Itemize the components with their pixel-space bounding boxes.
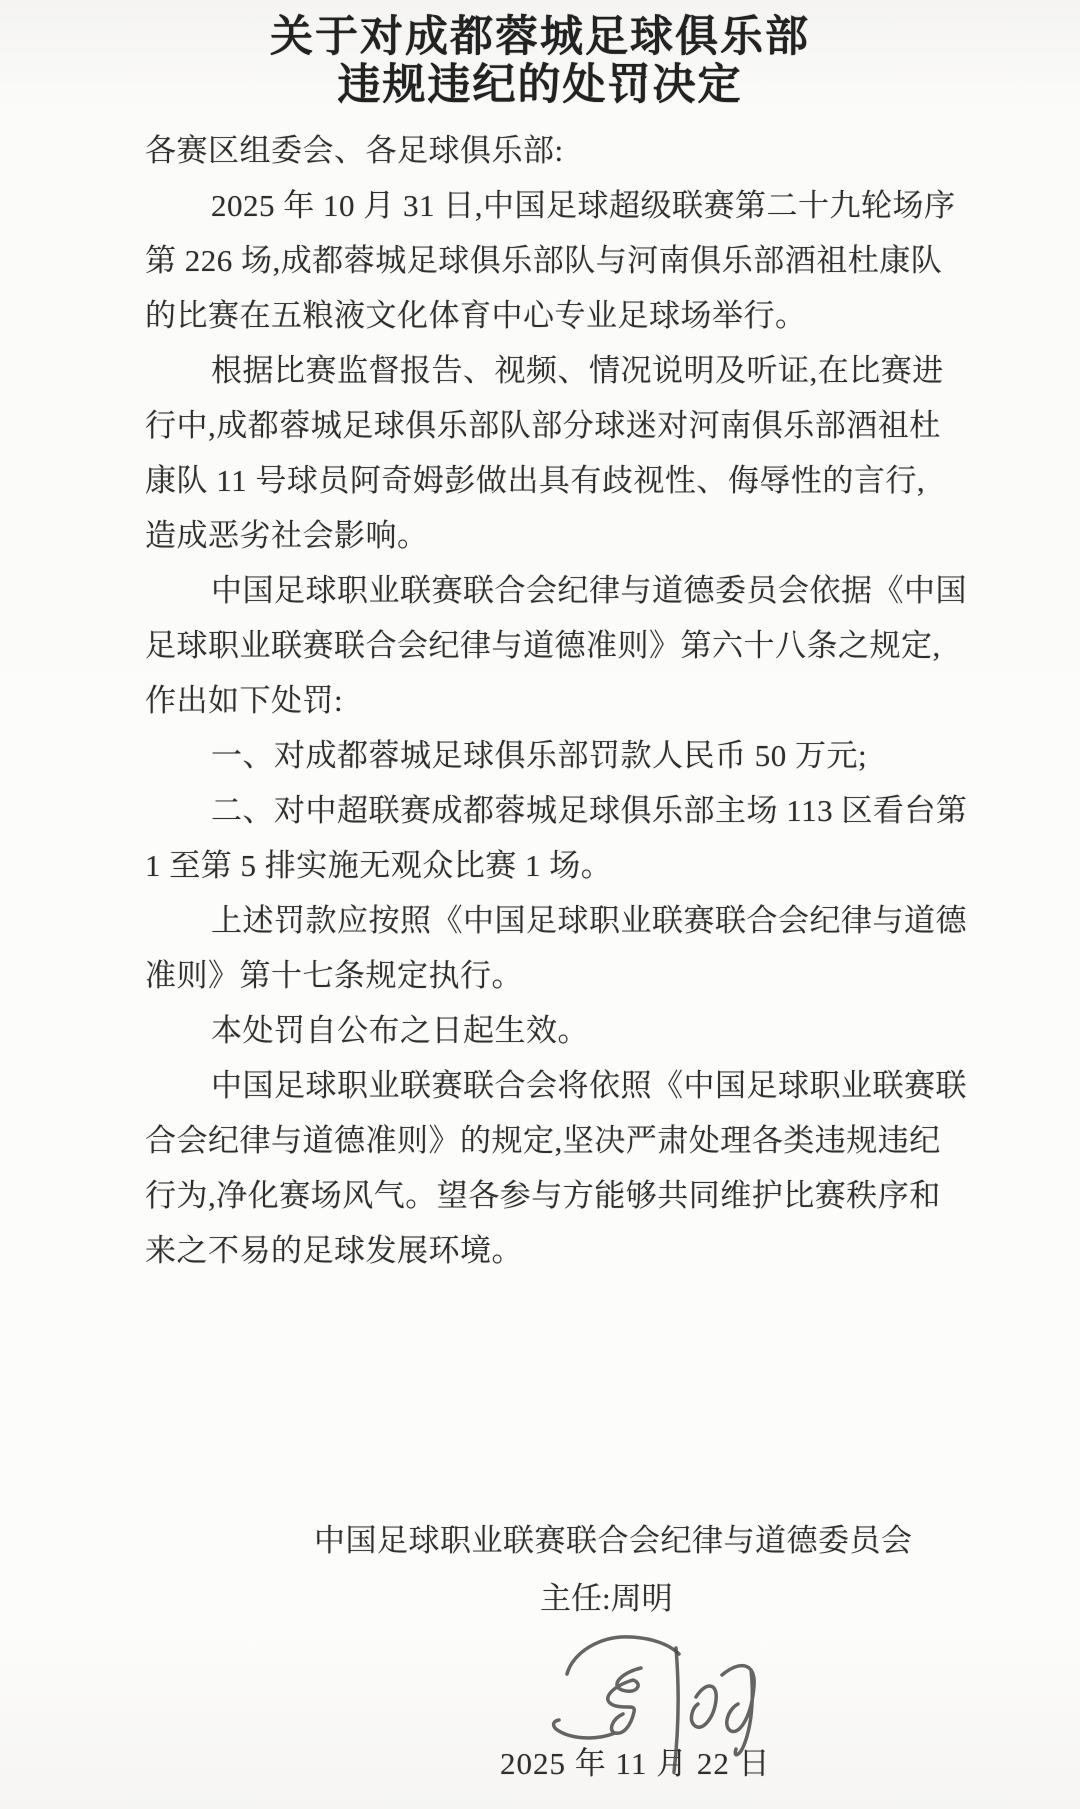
document-title-line: 关于对成都蓉城足球俱乐部 — [0, 14, 1080, 62]
footer-committee-line: 中国足球职业联赛联合会纪律与道德委员会 — [314, 1518, 913, 1564]
document-line: 来之不易的足球发展环境。 — [145, 1223, 945, 1278]
document-line: 的比赛在五粮液文化体育中心专业足球场举行。 — [145, 288, 945, 343]
document-line: 合会纪律与道德准则》的规定,坚决严肃处理各类违规违纪 — [145, 1113, 945, 1168]
document-line: 准则》第十七条规定执行。 — [145, 948, 945, 1003]
penalty-item-1-line: 一、对成都蓉城足球俱乐部罚款人民币 50 万元; — [145, 728, 945, 783]
document-line: 上述罚款应按照《中国足球职业联赛联合会纪律与道德 — [145, 893, 945, 948]
document-line: 足球职业联赛联合会纪律与道德准则》第六十八条之规定, — [145, 618, 945, 673]
document-line: 中国足球职业联赛联合会纪律与道德委员会依据《中国 — [145, 563, 945, 618]
penalty-item-2-line: 二、对中超联赛成都蓉城足球俱乐部主场 113 区看台第 — [145, 783, 945, 838]
document-line: 2025 年 10 月 31 日,中国足球超级联赛第二十九轮场序 — [145, 178, 945, 233]
document-page: 关于对成都蓉城足球俱乐部 违规违纪的处罚决定 各赛区组委会、各足球俱乐部: 20… — [0, 0, 1080, 1809]
document-line: 1 至第 5 排实施无观众比赛 1 场。 — [145, 838, 945, 893]
document-body: 各赛区组委会、各足球俱乐部: 2025 年 10 月 31 日,中国足球超级联赛… — [145, 123, 945, 1278]
document-title-line: 违规违纪的处罚决定 — [0, 62, 1080, 110]
document-line: 康队 11 号球员阿奇姆彭做出具有歧视性、侮辱性的言行, — [145, 453, 945, 508]
document-line: 中国足球职业联赛联合会将依照《中国足球职业联赛联 — [145, 1058, 945, 1113]
document-line: 造成恶劣社会影响。 — [145, 508, 945, 563]
salutation-line: 各赛区组委会、各足球俱乐部: — [145, 123, 945, 178]
document-line: 第 226 场,成都蓉城足球俱乐部队与河南俱乐部酒祖杜康队 — [145, 233, 945, 288]
document-line: 行中,成都蓉城足球俱乐部队部分球迷对河南俱乐部酒祖杜 — [145, 398, 945, 453]
document-line: 本处罚自公布之日起生效。 — [145, 1003, 945, 1058]
document-line: 根据比赛监督报告、视频、情况说明及听证,在比赛进 — [145, 343, 945, 398]
signature-image — [545, 1612, 810, 1792]
document-line: 行为,净化赛场风气。望各参与方能够共同维护比赛秩序和 — [145, 1168, 945, 1223]
document-title: 关于对成都蓉城足球俱乐部 违规违纪的处罚决定 — [0, 14, 1080, 110]
document-line: 作出如下处罚: — [145, 673, 945, 728]
